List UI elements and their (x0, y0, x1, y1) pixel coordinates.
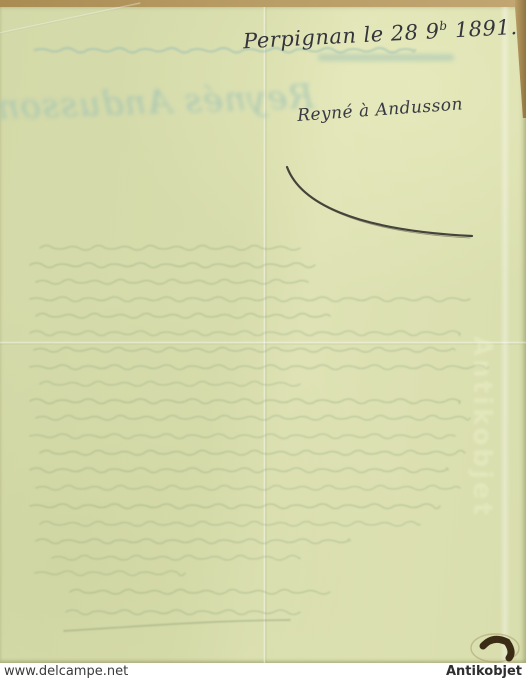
seller-watermark-label: Antikobjet (446, 663, 522, 680)
delcampe-watermark-label: www.delcampe.net (4, 663, 128, 680)
ink-marks (0, 0, 526, 663)
pen-flourish-curve (287, 167, 472, 236)
ink-blob (483, 639, 511, 658)
scanned-letter-listing-image: Reynés Andusson Perpignan le 28 9b 1891.… (0, 0, 526, 680)
watermark-bar: www.delcampe.net Antikobjet (0, 663, 526, 680)
letter-photo: Reynés Andusson Perpignan le 28 9b 1891.… (0, 0, 526, 663)
vertical-watermark-text: Antikobjet (467, 297, 497, 557)
pen-flourish-shadow (289, 170, 470, 238)
